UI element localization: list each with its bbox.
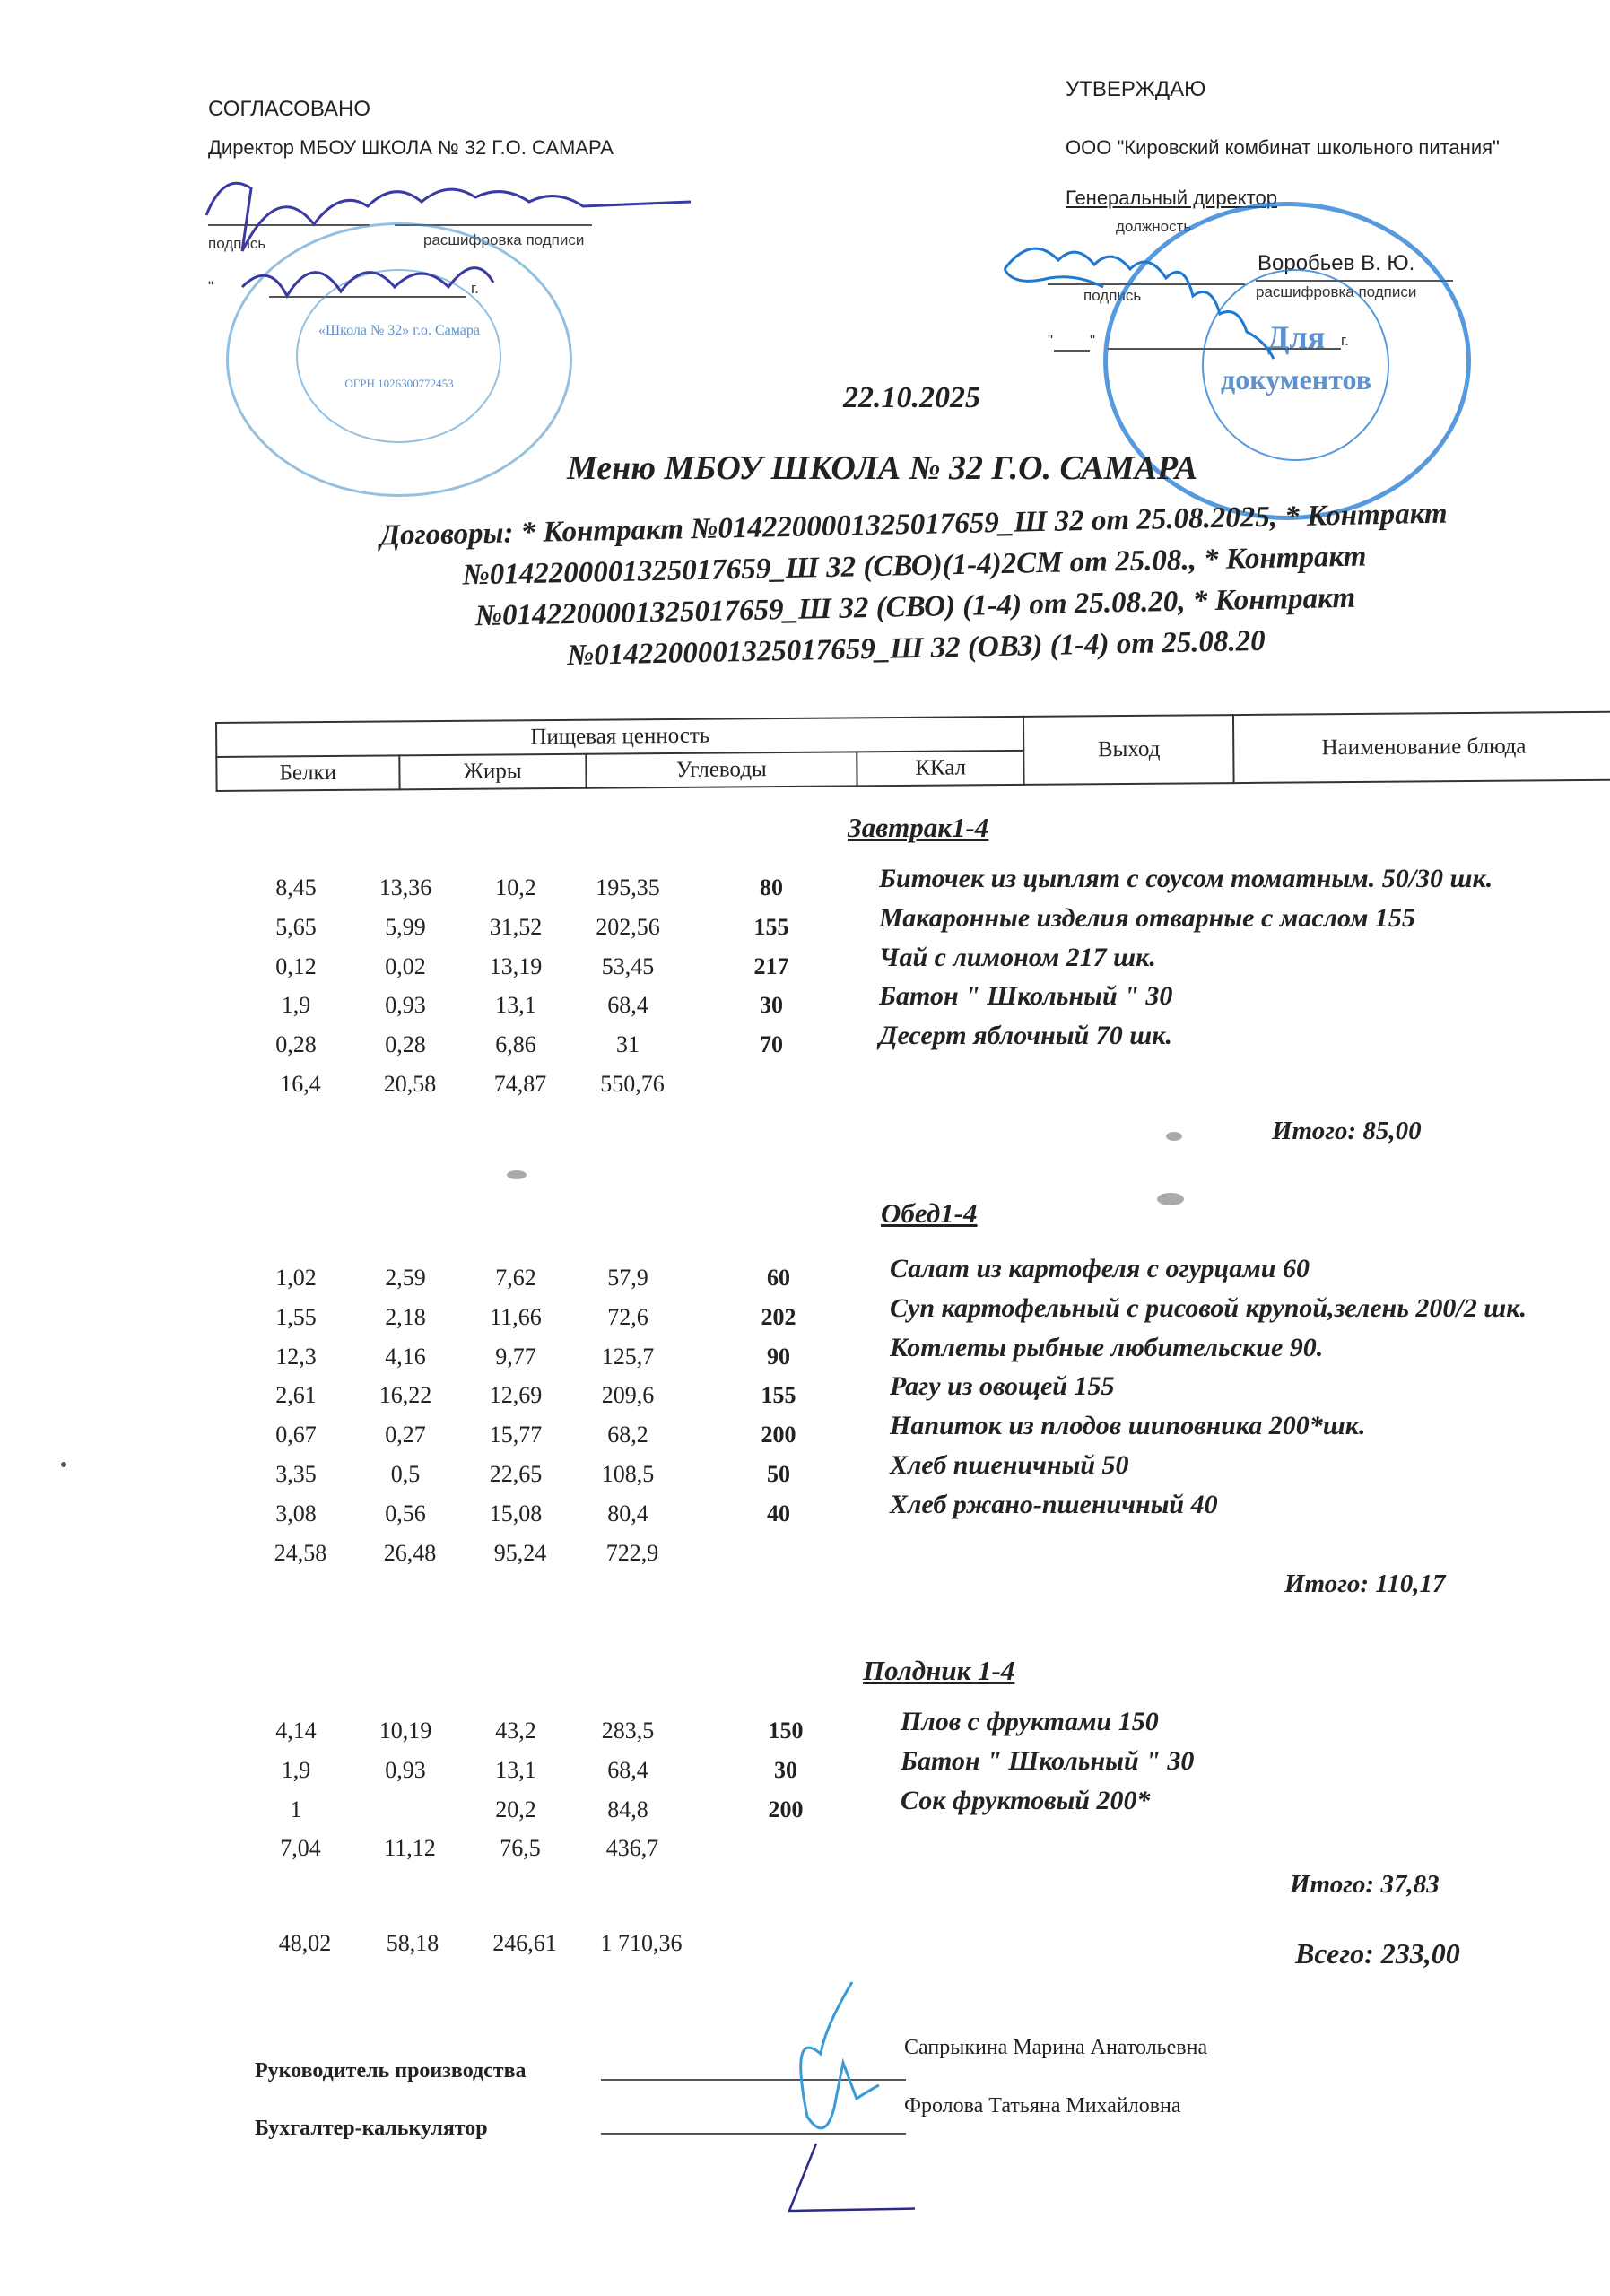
section-title: Завтрак1-4: [848, 812, 988, 844]
yield-value: 200: [738, 1422, 819, 1448]
production-manager-signature-icon: [735, 1973, 915, 2215]
fat-value: 10,19: [352, 1718, 459, 1744]
fat-value: 20,58: [356, 1071, 464, 1098]
dish-name: Батон " Школьный " 30: [901, 1746, 1194, 1777]
protein-header: Белки: [216, 755, 399, 791]
menu-table-header: Пищевая ценность Выход Наименование блюд…: [215, 711, 1610, 792]
section-total-label: Итого: 37,83: [1290, 1870, 1440, 1900]
yield-value: 40: [738, 1500, 819, 1527]
carbs-value: 13,1: [462, 992, 570, 1019]
fat-value: 0,93: [352, 992, 459, 1019]
carbs-value: 7,62: [462, 1265, 570, 1291]
kcal-value: 68,2: [574, 1422, 682, 1448]
kcal-value: 283,5: [574, 1718, 682, 1744]
fat-value: 0,27: [352, 1422, 459, 1448]
dish-name: Сок фруктовый 200*: [901, 1786, 1150, 1816]
protein-value: 1,9: [242, 992, 350, 1019]
fat-value: 2,59: [352, 1265, 459, 1291]
fat-value: 0,93: [352, 1757, 459, 1784]
dish-name: Напиток из плодов шиповника 200*шк.: [890, 1411, 1365, 1441]
carbs-value: 74,87: [466, 1071, 574, 1098]
fat-value: 0,5: [352, 1461, 459, 1488]
contracts-block: Договоры: * Контракт №014220000132501765…: [267, 491, 1562, 683]
fat-value: 0,56: [352, 1500, 459, 1527]
section-total-label: Итого: 85,00: [1272, 1117, 1422, 1146]
yield-value: 217: [731, 953, 812, 980]
carbs-value: 20,2: [462, 1796, 570, 1823]
carbs-value: 22,65: [462, 1461, 570, 1488]
signature-name: Сапрыкина Марина Анатольевна: [904, 2036, 1207, 2060]
dish-name-header: Наименование блюда: [1233, 712, 1610, 783]
protein-value: 1,9: [242, 1757, 350, 1784]
carbs-value: 95,24: [466, 1540, 574, 1567]
grand-total-protein: 48,02: [251, 1930, 359, 1957]
kcal-value: 68,4: [574, 1757, 682, 1784]
protein-value: 16,4: [247, 1071, 354, 1098]
yield-value: 50: [738, 1461, 819, 1488]
school-stamp-inner-text: «Школа № 32» г.о. Самара: [318, 323, 480, 339]
fat-header: Жиры: [399, 754, 586, 790]
scan-speck: [507, 1170, 527, 1179]
dish-name: Макаронные изделия отварные с маслом 155: [879, 903, 1415, 934]
dish-name: Салат из картофеля с огурцами 60: [890, 1254, 1310, 1284]
kcal-value: 31: [574, 1031, 682, 1058]
carbs-value: 31,52: [462, 914, 570, 941]
general-director-signature-icon: [996, 233, 1283, 368]
dish-name: Чай с лимоном 217 шк.: [879, 943, 1156, 973]
carbs-value: 12,69: [462, 1382, 570, 1409]
school-stamp-ogrn: ОГРН 1026300772453: [318, 377, 480, 391]
carbs-value: 6,86: [462, 1031, 570, 1058]
scan-speck: [1157, 1193, 1184, 1205]
dish-name: Котлеты рыбные любительские 90.: [890, 1333, 1323, 1363]
kcal-value: 209,6: [574, 1382, 682, 1409]
kcal-value: 125,7: [574, 1344, 682, 1370]
grand-total-kcal: 1 710,36: [587, 1930, 695, 1957]
yield-value: 30: [745, 1757, 826, 1784]
scan-speck: [1166, 1132, 1182, 1141]
protein-value: 12,3: [242, 1344, 350, 1370]
section-title: Обед1-4: [881, 1197, 978, 1230]
scan-speck: [61, 1462, 66, 1467]
yield-value: 155: [731, 914, 812, 941]
yield-value: 200: [745, 1796, 826, 1823]
kcal-value: 84,8: [574, 1796, 682, 1823]
protein-value: 2,61: [242, 1382, 350, 1409]
approval-left-title: СОГЛАСОВАНО: [208, 97, 370, 122]
kcal-value: 53,45: [574, 953, 682, 980]
menu-date: 22.10.2025: [843, 381, 980, 415]
yield-value: 150: [745, 1718, 826, 1744]
protein-value: 3,08: [242, 1500, 350, 1527]
dish-name: Хлеб ржано-пшеничный 40: [890, 1490, 1218, 1520]
carbs-header: Углеводы: [586, 752, 857, 787]
dish-name: Рагу из овощей 155: [890, 1371, 1114, 1402]
yield-value: 30: [731, 992, 812, 1019]
kcal-value: 195,35: [574, 874, 682, 901]
yield-value: 155: [738, 1382, 819, 1409]
grand-total-carbs: 246,61: [471, 1930, 579, 1957]
carbs-value: 15,77: [462, 1422, 570, 1448]
protein-value: 0,67: [242, 1422, 350, 1448]
fat-value: 0,28: [352, 1031, 459, 1058]
dish-name: Плов с фруктами 150: [901, 1707, 1159, 1737]
fat-value: 0,02: [352, 953, 459, 980]
carbs-value: 76,5: [466, 1835, 574, 1862]
fat-value: 26,48: [356, 1540, 464, 1567]
protein-value: 0,28: [242, 1031, 350, 1058]
fat-value: 11,12: [356, 1835, 464, 1862]
dish-name: Хлеб пшеничный 50: [890, 1450, 1129, 1481]
dish-name: Биточек из цыплят с соусом томатным. 50/…: [879, 864, 1493, 894]
grand-total-fat: 58,18: [359, 1930, 466, 1957]
grand-total-label: Всего: 233,00: [1295, 1937, 1460, 1970]
approval-right-organization: ООО "Кировский комбинат школьного питани…: [1066, 136, 1500, 160]
protein-value: 3,35: [242, 1461, 350, 1488]
fat-value: 4,16: [352, 1344, 459, 1370]
menu-title: Меню МБОУ ШКОЛА № 32 Г.О. САМАРА: [567, 448, 1197, 488]
kcal-value: 202,56: [574, 914, 682, 941]
kcal-value: 550,76: [579, 1071, 686, 1098]
protein-value: 5,65: [242, 914, 350, 941]
yield-value: 70: [731, 1031, 812, 1058]
carbs-value: 15,08: [462, 1500, 570, 1527]
carbs-value: 9,77: [462, 1344, 570, 1370]
director-signature-icon: [188, 152, 727, 323]
protein-value: 1,55: [242, 1304, 350, 1331]
signature-role: Бухгалтер-калькулятор: [255, 2117, 488, 2141]
yield-value: 90: [738, 1344, 819, 1370]
protein-value: 0,12: [242, 953, 350, 980]
carbs-value: 11,66: [462, 1304, 570, 1331]
dish-name: Десерт яблочный 70 шк.: [879, 1021, 1172, 1051]
yield-value: 80: [731, 874, 812, 901]
dish-name: Батон " Школьный " 30: [879, 981, 1172, 1012]
yield-header: Выход: [1023, 715, 1234, 785]
protein-value: 24,58: [247, 1540, 354, 1567]
signature-name: Фролова Татьяна Михайловна: [904, 2094, 1181, 2118]
carbs-value: 43,2: [462, 1718, 570, 1744]
section-total-label: Итого: 110,17: [1284, 1570, 1446, 1599]
kcal-value: 72,6: [574, 1304, 682, 1331]
fat-value: 16,22: [352, 1382, 459, 1409]
kcal-value: 80,4: [574, 1500, 682, 1527]
carbs-value: 13,1: [462, 1757, 570, 1784]
protein-value: 7,04: [247, 1835, 354, 1862]
kcal-value: 57,9: [574, 1265, 682, 1291]
fat-value: 5,99: [352, 914, 459, 941]
kcal-header: ККал: [857, 751, 1024, 786]
protein-value: 1: [242, 1796, 350, 1823]
dish-name: Суп картофельный с рисовой крупой,зелень…: [890, 1293, 1527, 1324]
kcal-value: 722,9: [579, 1540, 686, 1567]
protein-value: 4,14: [242, 1718, 350, 1744]
kcal-value: 68,4: [574, 992, 682, 1019]
protein-value: 8,45: [242, 874, 350, 901]
kcal-value: 108,5: [574, 1461, 682, 1488]
kcal-value: 436,7: [579, 1835, 686, 1862]
signature-role: Руководитель производства: [255, 2059, 527, 2083]
carbs-value: 10,2: [462, 874, 570, 901]
protein-value: 1,02: [242, 1265, 350, 1291]
company-stamp-line2: документов: [1202, 363, 1390, 396]
yield-value: 60: [738, 1265, 819, 1291]
yield-value: 202: [738, 1304, 819, 1331]
fat-value: 2,18: [352, 1304, 459, 1331]
fat-value: 13,36: [352, 874, 459, 901]
approval-right-title: УТВЕРЖДАЮ: [1066, 77, 1205, 102]
carbs-value: 13,19: [462, 953, 570, 980]
section-title: Полдник 1-4: [863, 1655, 1014, 1687]
